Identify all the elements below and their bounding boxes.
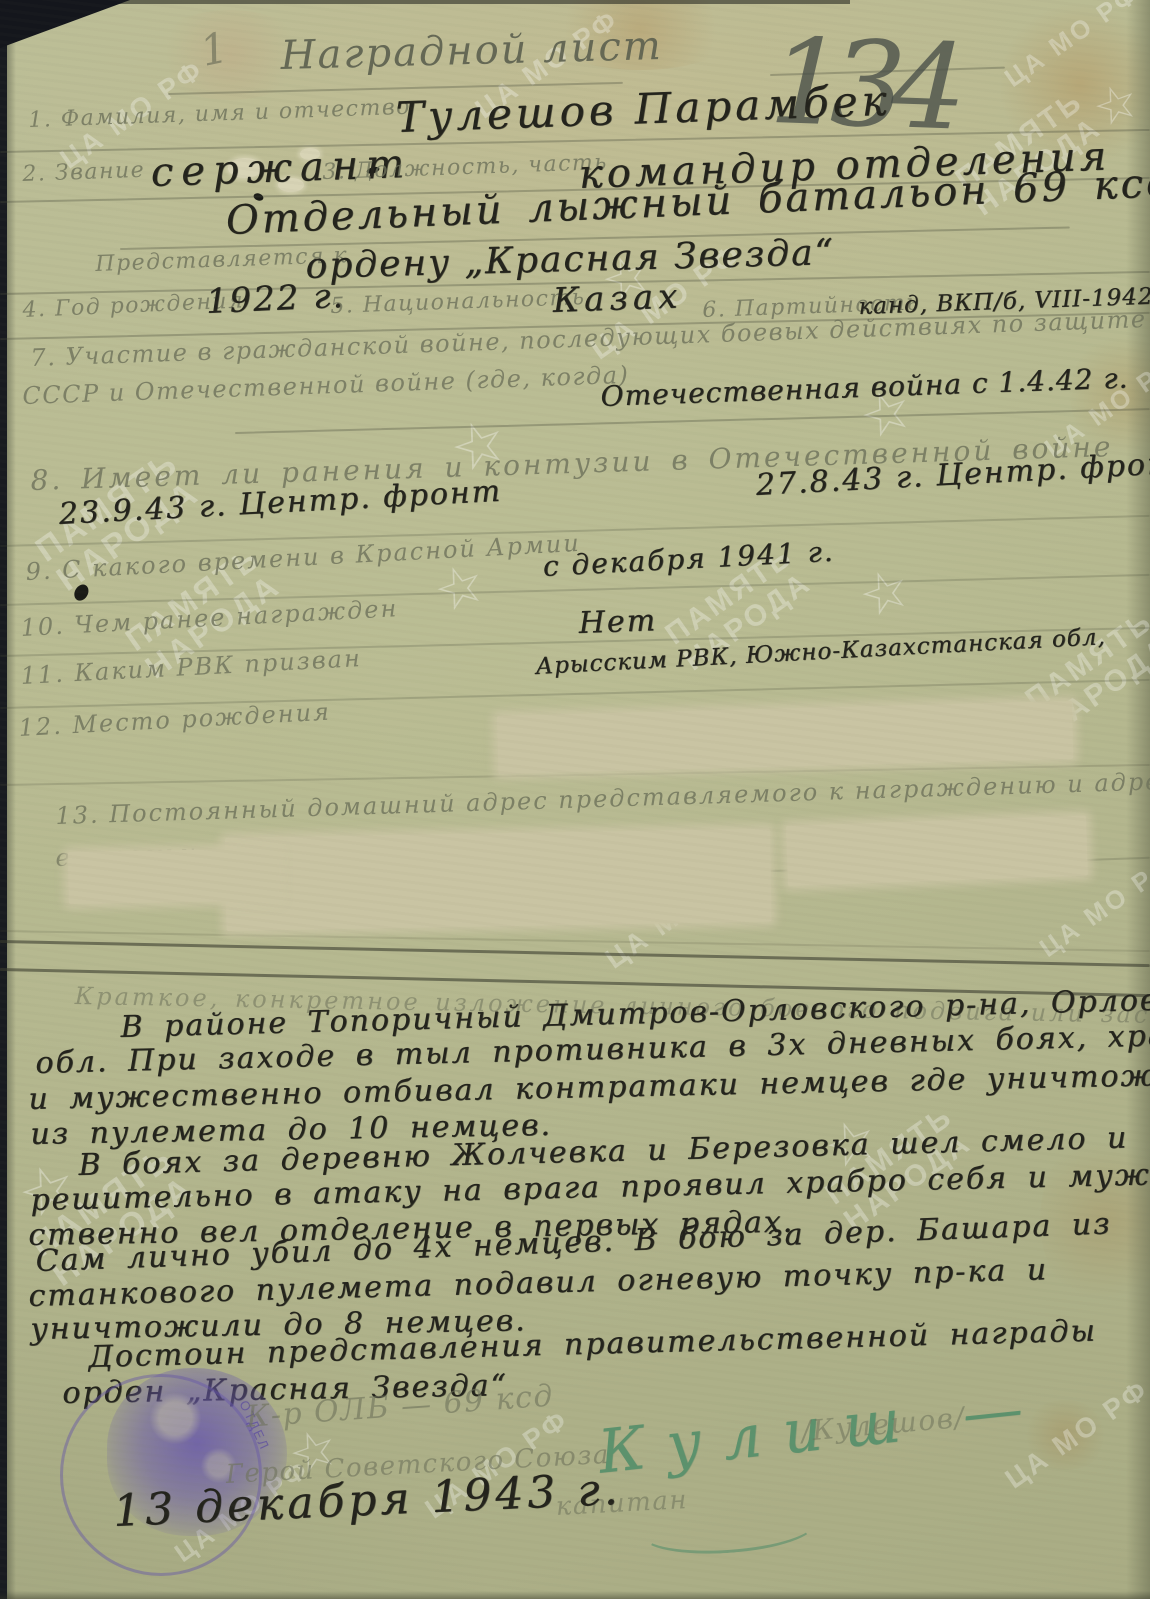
scan-edge-left: [0, 0, 7, 1599]
field-2-label: 2. Звание: [22, 158, 146, 187]
redaction-block: [497, 701, 1073, 774]
redaction-block: [68, 848, 279, 904]
field-1-label: 1. Фамилия, имя и отчество: [28, 95, 411, 133]
field-4-value: 1922 г.: [205, 276, 346, 322]
ruled-line: [235, 408, 1150, 434]
redaction-block: [225, 828, 772, 930]
scan-edge-bottom: [0, 1591, 1150, 1599]
field-5-label: 5. Национальность: [330, 285, 586, 319]
scan-edge-right: [1126, 0, 1150, 1599]
field-10-value: Нет: [578, 603, 658, 641]
redaction-block: [786, 816, 1088, 886]
scan-corner-top-left: [0, 0, 130, 48]
document-title: Наградной лист: [280, 23, 663, 79]
scanned-award-document: ЦА МО РФ ЦА МО РФ ЦА МО РФ ЦА МО РФ ЦА М…: [0, 0, 1150, 1599]
section-divider-line: [0, 940, 1150, 967]
field-5-value: Казах: [552, 276, 683, 320]
scan-edge-left-shadow: [7, 0, 16, 1599]
watermark-star-icon: ☆: [850, 553, 920, 632]
ruled-line: [0, 930, 1150, 952]
